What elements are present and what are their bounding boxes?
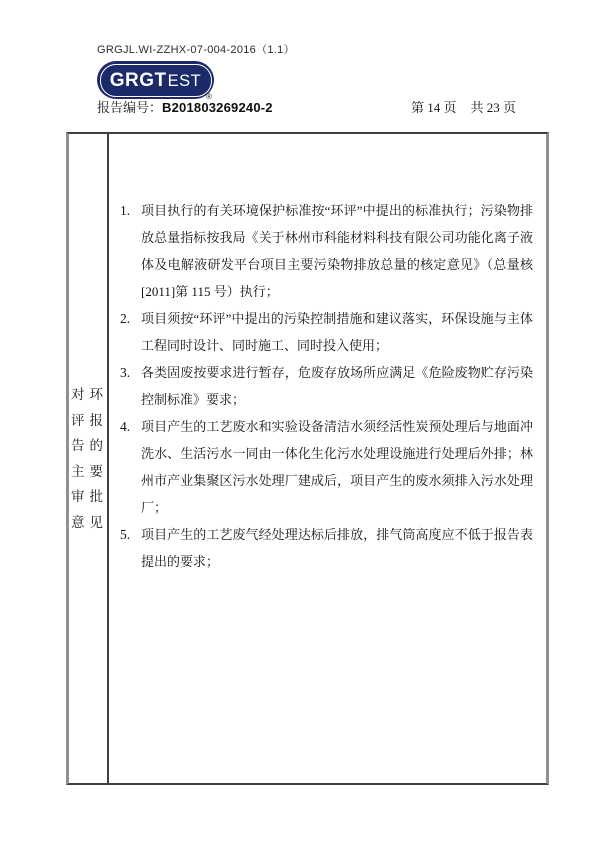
opinion-item-text: 各类固废按要求进行暂存，危废存放场所应满足《危险废物贮存污染控制标准》要求； — [141, 359, 533, 413]
row-header-label-line: 主要 — [68, 459, 108, 485]
opinion-item-text: 项目产生的工艺废气经处理达标后排放，排气筒高度应不低于报告表提出的要求； — [141, 521, 533, 575]
page-total: 共 23 页 — [470, 97, 516, 116]
approval-opinion-item: 1. 项目执行的有关环境保护标准按“环评”中提出的标准执行；污染物排放总量指标按… — [120, 197, 533, 305]
approval-opinion-item: 5. 项目产生的工艺废气经处理达标后排放，排气筒高度应不低于报告表提出的要求； — [120, 521, 533, 575]
row-header-label-line: 告的 — [68, 433, 108, 459]
row-header-label-line: 意见 — [68, 510, 108, 536]
approval-opinion-item: 4. 项目产生的工艺废水和实验设备清洁水须经活性炭预处理后与地面冲洗水、生活污水… — [120, 413, 533, 521]
row-header-label-line: 对环 — [68, 382, 108, 408]
approval-opinions-cell: 1. 项目执行的有关环境保护标准按“环评”中提出的标准执行；污染物排放总量指标按… — [109, 134, 546, 783]
row-header-cell: 对环 评报 告的 主要 审批 意见 — [69, 134, 109, 783]
opinion-item-number: 2. — [120, 305, 141, 359]
document-page: GRGJL.WI-ZZHX-07-004-2016（1.1） GRGT EST … — [0, 0, 612, 865]
company-logo: GRGT EST — [97, 61, 214, 99]
report-number-label: 报告编号： — [97, 100, 162, 115]
opinion-item-text: 项目产生的工艺废水和实验设备清洁水须经活性炭预处理后与地面冲洗水、生活污水一同由… — [141, 413, 533, 521]
row-header-label-line: 审批 — [68, 484, 108, 510]
opinion-item-number: 3. — [120, 359, 141, 413]
page-indicator: 第 14 页 共 23 页 — [411, 97, 516, 116]
row-header-label-line: 评报 — [68, 408, 108, 434]
approval-opinion-list: 1. 项目执行的有关环境保护标准按“环评”中提出的标准执行；污染物排放总量指标按… — [120, 197, 533, 575]
row-header-vertical-label: 对环 评报 告的 主要 审批 意见 — [68, 382, 108, 535]
report-number: 报告编号：B201803269240-2 — [97, 97, 273, 116]
logo-text-primary: GRGT — [110, 71, 167, 90]
document-code: GRGJL.WI-ZZHX-07-004-2016（1.1） — [97, 41, 295, 57]
logo-wordmark: GRGT EST — [110, 71, 201, 90]
approval-opinion-item: 2. 项目须按“环评”中提出的污染控制措施和建议落实，环保设施与主体工程同时设计… — [120, 305, 533, 359]
approval-table: 对环 评报 告的 主要 审批 意见 1. 项目执行的有关环境保护标准按“环评”中… — [66, 132, 549, 785]
opinion-item-number: 1. — [120, 197, 141, 305]
opinion-item-number: 4. — [120, 413, 141, 521]
report-number-value: B201803269240-2 — [162, 100, 273, 115]
page-current: 第 14 页 — [411, 97, 457, 116]
opinion-item-number: 5. — [120, 521, 141, 575]
logo-text-secondary: EST — [168, 73, 202, 90]
opinion-item-text: 项目须按“环评”中提出的污染控制措施和建议落实，环保设施与主体工程同时设计、同时… — [141, 305, 533, 359]
approval-opinion-item: 3. 各类固废按要求进行暂存，危废存放场所应满足《危险废物贮存污染控制标准》要求… — [120, 359, 533, 413]
report-header-row: 报告编号：B201803269240-2 第 14 页 共 23 页 — [97, 97, 516, 117]
opinion-item-text: 项目执行的有关环境保护标准按“环评”中提出的标准执行；污染物排放总量指标按我局《… — [141, 197, 533, 305]
